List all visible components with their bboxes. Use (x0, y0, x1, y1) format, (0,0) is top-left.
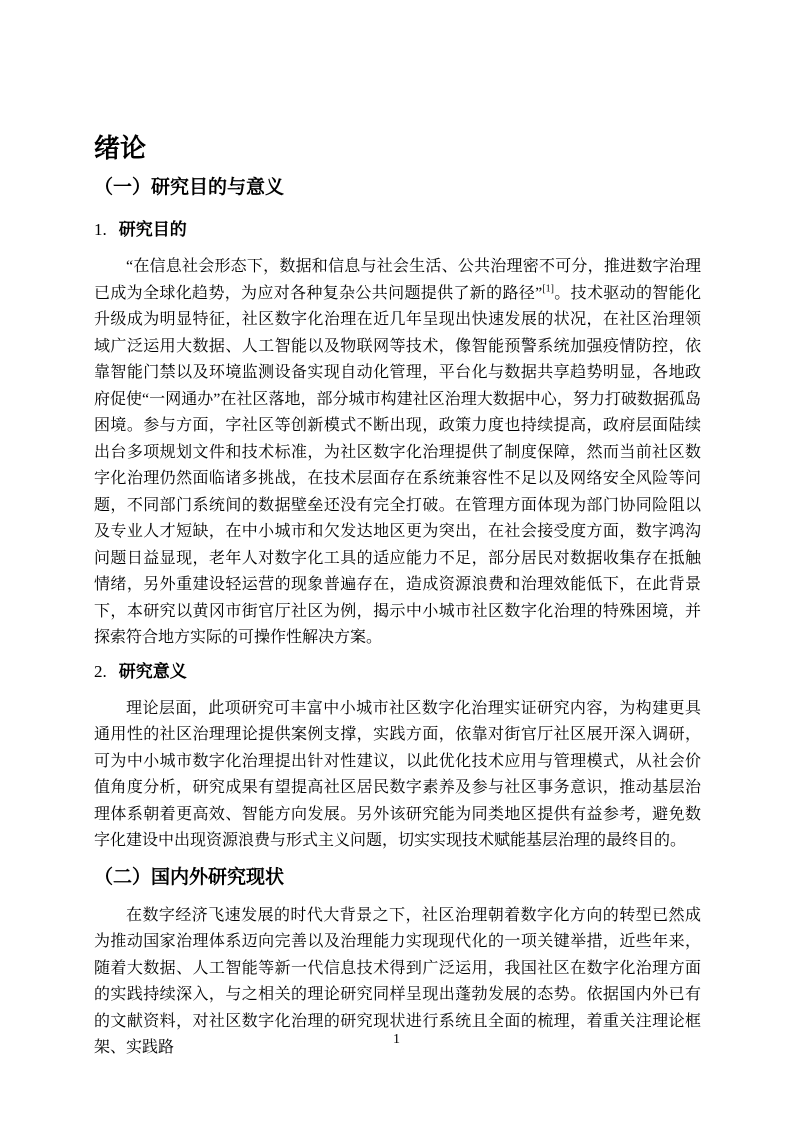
subsection-1-2-number: 2. (94, 662, 107, 681)
subsection-1-2-heading: 2.研究意义 (94, 660, 701, 684)
subsection-1-1-title: 研究目的 (119, 220, 187, 239)
paragraph-research-purpose-text-after-citation: 。技术驱动的智能化升级成为明显特征，社区数字化治理在近几年呈现出快速发展的状况，… (94, 285, 701, 647)
subsection-1-1-number: 1. (94, 220, 107, 239)
page-number: 1 (0, 1032, 793, 1048)
chapter-title: 绪论 (94, 132, 701, 164)
subsection-1-2-title: 研究意义 (119, 662, 187, 681)
paragraph-research-purpose: “在信息社会形态下，数据和信息与社会生活、公共治理密不可分，推进数字治理已成为全… (94, 254, 701, 652)
section-2-heading: （二）国内外研究现状 (94, 865, 701, 891)
citation-marker-1: [1] (542, 283, 554, 294)
document-page: 绪论 （一）研究目的与意义 1.研究目的 “在信息社会形态下，数据和信息与社会生… (0, 0, 793, 1122)
document-content: 绪论 （一）研究目的与意义 1.研究目的 “在信息社会形态下，数据和信息与社会生… (94, 0, 701, 1062)
section-1-heading: （一）研究目的与意义 (94, 175, 701, 201)
paragraph-research-significance: 理论层面，此项研究可丰富中小城市社区数字化治理实证研究内容，为构建更具通用性的社… (94, 696, 701, 855)
subsection-1-1-heading: 1.研究目的 (94, 218, 701, 242)
